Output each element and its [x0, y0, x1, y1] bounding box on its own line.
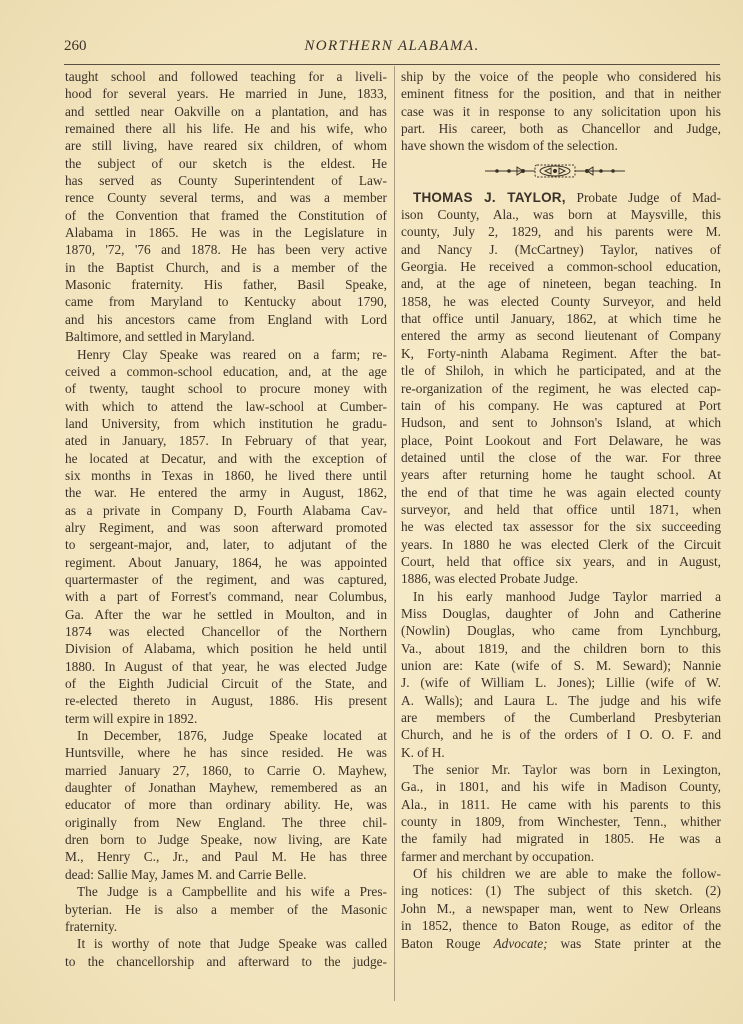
continuation-paragraph: ship by the voice of the people who cons… [401, 68, 721, 155]
text-line: years after returning home he taught sch… [401, 466, 721, 483]
text-line: married January 27, 1860, to Carrie O. M… [65, 762, 387, 779]
text-line: dead: Sallie May, James M. and Carrie Be… [65, 866, 387, 883]
text-line: Ga. After the war he settled in Moulton,… [65, 606, 387, 623]
text-line: and Nancy J. (McCartney) Taylor, natives… [401, 241, 721, 258]
text-line: hood for several years. He married in Ju… [65, 85, 387, 102]
text-line: union are: Kate (wife of S. M. Seward); … [401, 657, 721, 674]
text-line: Of his children we are able to make the … [401, 865, 721, 882]
text-line: and, at the age of nineteen, began teach… [401, 275, 721, 292]
text-line: ship by the voice of the people who cons… [401, 68, 721, 85]
text-line: of twenty, taught school to procure mone… [65, 380, 387, 397]
text-line: alry Regiment, and was soon afterward pr… [65, 519, 387, 536]
text-line: regiment. About January, 1864, he was ap… [65, 554, 387, 571]
text-line: Va., about 1819, and the children born t… [401, 640, 721, 657]
text-line: The Judge is a Campbellite and his wife … [65, 883, 387, 900]
text-line: John M., a newspaper man, went to New Or… [401, 900, 721, 917]
newspaper-title: Advocate; [494, 936, 548, 951]
text-line: county, July 2, 1829, and his parents we… [401, 223, 721, 240]
text-line: tain of his company. He was captured at … [401, 397, 721, 414]
text-line: entered the army as second lieutenant of… [401, 327, 721, 344]
running-title: NORTHERN ALABAMA. [64, 38, 720, 55]
taylor-biography: THOMAS J. TAYLOR, Probate Judge of Mad- … [401, 189, 721, 952]
text-line: Ga., in 1801, and his wife in Madison Co… [401, 778, 721, 795]
text-line: term will expire in 1892. [65, 710, 387, 727]
text-line: case was it in response to any solicitat… [401, 103, 721, 120]
text-line: Henry Clay Speake was reared on a farm; … [65, 346, 387, 363]
ornamental-divider [401, 155, 721, 189]
text-line: to sergeant-major, and, later, to adjuta… [65, 536, 387, 553]
text-line: he located at Decatur, and with the exce… [65, 450, 387, 467]
text-line: re-elected thereto in August, 1886. His … [65, 692, 387, 709]
text-line: re-organization of the regiment, he was … [401, 380, 721, 397]
text-line: part. His career, both as Chancellor and… [401, 120, 721, 137]
column-divider [394, 66, 395, 1001]
text-line: farmer and merchant by occupation. [401, 848, 721, 865]
text-line: K, Forty-ninth Alabama Regiment. After t… [401, 345, 721, 362]
text-line: in 1852, thence to Baton Rouge, as edito… [401, 917, 721, 934]
text-line: of the Eighth Judicial Circuit of the St… [65, 675, 387, 692]
text-line: Masonic fraternity. His father, Basil Sp… [65, 276, 387, 293]
text-line: rence County several terms, and was a me… [65, 189, 387, 206]
text-line: came from Maryland to Kentucky about 179… [65, 293, 387, 310]
text-line: Georgia. He received a common-school edu… [401, 258, 721, 275]
text-line: years. In 1880 he was elected Clerk of t… [401, 536, 721, 553]
text-line: M., Henry C., Jr., and Paul M. He has th… [65, 848, 387, 865]
text-line: (Nowlin) Douglas, who came from Lynchbur… [401, 622, 721, 639]
text-line: 1858, he was elected County Surveyor, an… [401, 293, 721, 310]
text-line: have shown the wisdom of the selection. [401, 137, 721, 154]
text-line: J. (wife of William L. Jones); Lillie (w… [401, 674, 721, 691]
text-line: land University, from which institution … [65, 415, 387, 432]
text-line: six months in Texas in 1860, he lived th… [65, 467, 387, 484]
text-line: ison County, Ala., was born at Maysville… [401, 206, 721, 223]
text-line: 1880. In August of that year, he was ele… [65, 658, 387, 675]
ornament-icon [485, 163, 625, 179]
text-line: with a part of Forrest's command, near C… [65, 588, 387, 605]
text-line: Miss Douglas, daughter of John and Cathe… [401, 605, 721, 622]
text-line: detained until the close of the war. For… [401, 449, 721, 466]
header-rule [64, 64, 720, 65]
text-line: 1874 was elected Chancellor of the North… [65, 623, 387, 640]
text-line: A. Walls); and Laura L. The judge and hi… [401, 692, 721, 709]
biography-first-line: THOMAS J. TAYLOR, Probate Judge of Mad- [401, 189, 721, 206]
text-line: eminent fitness for the position, and th… [401, 85, 721, 102]
text-line: ceived a common-school education, and, a… [65, 363, 387, 380]
text-line: ing notices: (1) The subject of this ske… [401, 882, 721, 899]
text-line: Hudson, and sent to Johnson's Island, at… [401, 414, 721, 431]
left-column: taught school and followed teaching for … [65, 68, 387, 970]
text-line: daughter of Jonathan Mayhew, remembered … [65, 779, 387, 796]
text-line: In December, 1876, Judge Speake located … [65, 727, 387, 744]
text-line: place, Point Lookout and Fort Delaware, … [401, 432, 721, 449]
text-line: the end of that time he was again electe… [401, 484, 721, 501]
text-line: Alabama in 1865. He was in the Legislatu… [65, 224, 387, 241]
text-line: dren born to Judge Speake, now living, a… [65, 831, 387, 848]
text-line: Court, held that office six years, and i… [401, 553, 721, 570]
text-line: and his ancestors came from England with… [65, 311, 387, 328]
right-column: ship by the voice of the people who cons… [401, 68, 721, 952]
text-line: Baltimore, and settled in Maryland. [65, 328, 387, 345]
page-header: 260 NORTHERN ALABAMA. [64, 36, 720, 58]
text-line: Huntsville, where he has since resided. … [65, 744, 387, 761]
text-line: The senior Mr. Taylor was born in Lexing… [401, 761, 721, 778]
text-line: surveyor, and held that office until 187… [401, 501, 721, 518]
text-line: Ala., in 1811. He came with his parents … [401, 796, 721, 813]
text-line: taught school and followed teaching for … [65, 68, 387, 85]
text-line: county in 1809, from Winchester, Tenn., … [401, 813, 721, 830]
text-line: originally from New England. The three c… [65, 814, 387, 831]
text-line: It is worthy of note that Judge Speake w… [65, 935, 387, 952]
text-line: of the Convention that framed the Consti… [65, 207, 387, 224]
text-line: tle of Shiloh, in which he participated,… [401, 362, 721, 379]
text-line: with which to attend the law-school at C… [65, 398, 387, 415]
text-line: are members of the Cumberland Presbyteri… [401, 709, 721, 726]
text-line: the war. He entered the army in August, … [65, 484, 387, 501]
text-line: K. of H. [401, 744, 721, 761]
text-line: the family had migrated in 1805. He was … [401, 830, 721, 847]
biography-final-line: Baton Rouge Advocate; was State printer … [401, 935, 721, 952]
subject-name: THOMAS J. TAYLOR, [413, 190, 566, 205]
text-line: ated in January, 1857. In February of th… [65, 432, 387, 449]
text-line: 1886, was elected Probate Judge. [401, 570, 721, 587]
text-line: are still living, have reared six childr… [65, 137, 387, 154]
text-line: and settled near Oakville on a plantatio… [65, 103, 387, 120]
text-line: In his early manhood Judge Taylor marrie… [401, 588, 721, 605]
text-line: he was elected tax assessor for the six … [401, 518, 721, 535]
text-line: in the Baptist Church, and is a member o… [65, 259, 387, 276]
book-page: 260 NORTHERN ALABAMA. taught school and … [0, 0, 743, 1024]
text-line: has served as County Superintendent of L… [65, 172, 387, 189]
text-line: that office until January, 1862, at whic… [401, 310, 721, 327]
text-line: educator of more than ordinary ability. … [65, 796, 387, 813]
text-line: Division of Alabama, which position he h… [65, 640, 387, 657]
text-line: as a private in Company D, Fourth Alabam… [65, 502, 387, 519]
text-line: fraternity. [65, 918, 387, 935]
text-line: Church, and he is of the orders of I O. … [401, 726, 721, 743]
text-line: quartermaster of the regiment, and was c… [65, 571, 387, 588]
text-line: to the chancellorship and afterward to t… [65, 953, 387, 970]
text-line: the subject of our sketch is the eldest.… [65, 155, 387, 172]
text-line: remained there all his life. He and his … [65, 120, 387, 137]
text-line: 1870, '72, '76 and 1878. He has been ver… [65, 241, 387, 258]
text-line: byterian. He is also a member of the Mas… [65, 901, 387, 918]
